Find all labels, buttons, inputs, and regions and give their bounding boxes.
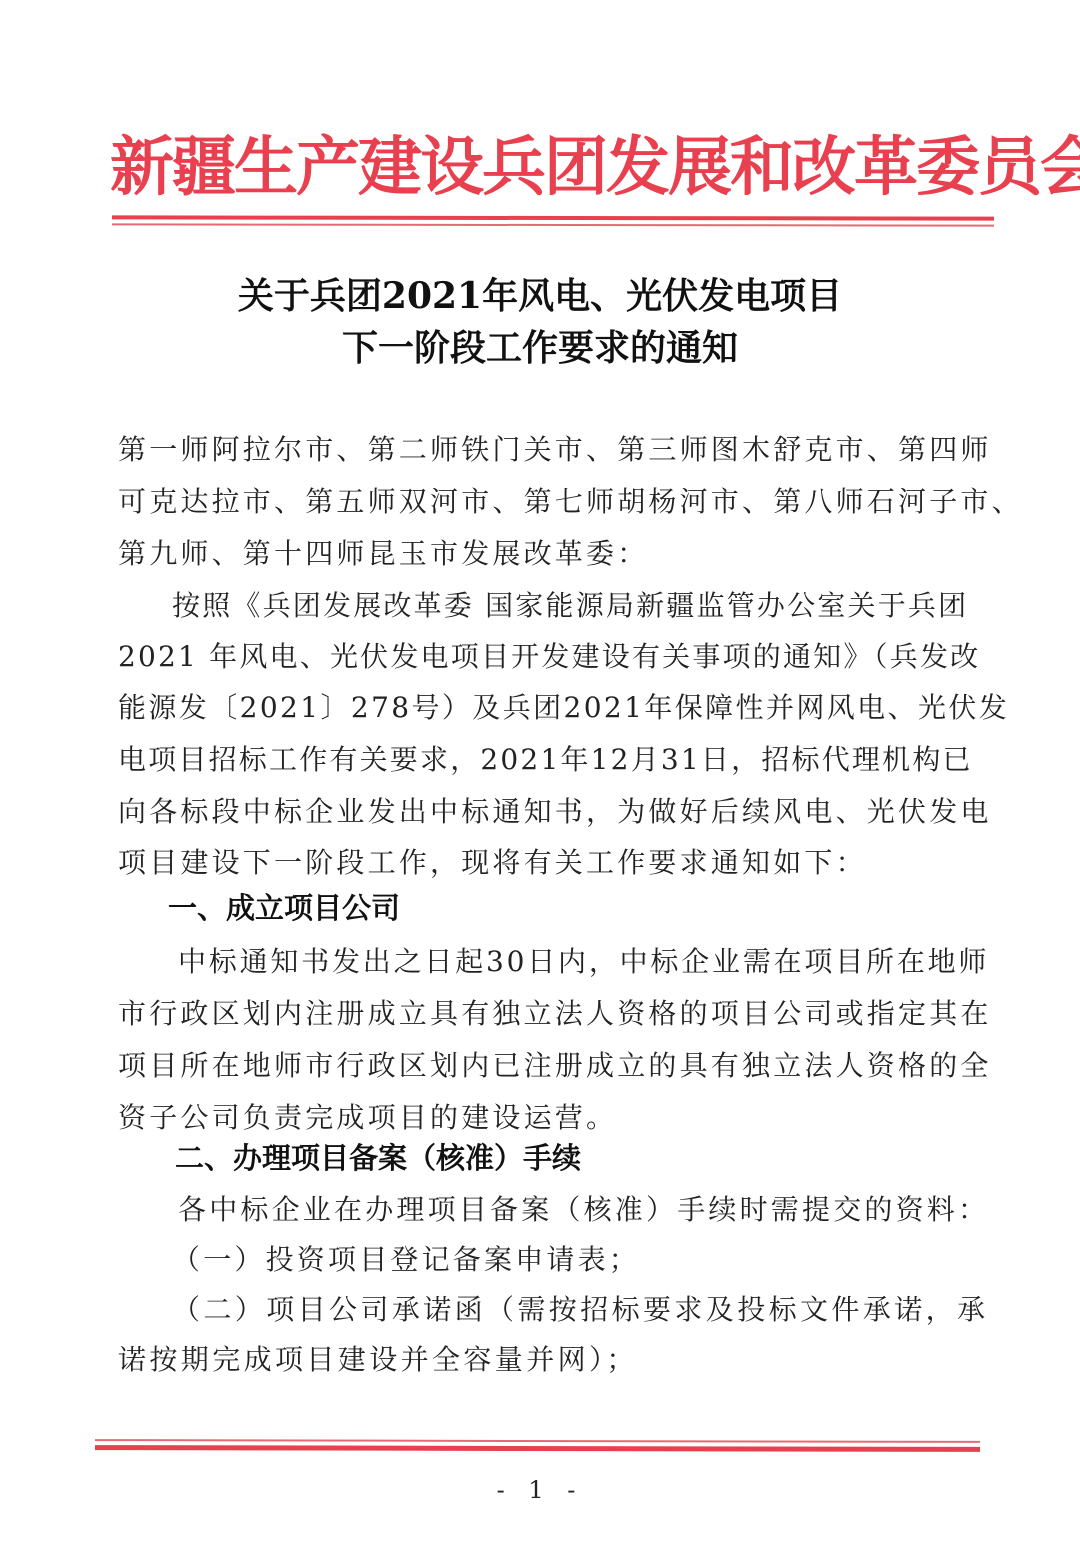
addressee-line-1: 第一师阿拉尔市、第二师铁门关市、第三师图木舒克市、第四师 xyxy=(118,430,992,470)
intro-line-6: 项目建设下一阶段工作，现将有关工作要求通知如下： xyxy=(118,843,867,883)
section-2-heading: 二、办理项目备案（核准）手续 xyxy=(175,1138,581,1178)
document-title-line-2: 下一阶段工作要求的通知 xyxy=(150,324,930,372)
addressee-line-2: 可克达拉市、第五师双河市、第七师胡杨河市、第八师石河子市、 xyxy=(118,482,1023,522)
divider-thick-line xyxy=(112,215,994,220)
intro-line-5: 向各标段中标企业发出中标通知书，为做好后续风电、光伏发电 xyxy=(118,792,992,832)
addressee-line-3: 第九师、第十四师昆玉市发展改革委： xyxy=(118,534,648,574)
page-number: - 1 - xyxy=(480,1476,600,1504)
letterhead-organization: 新疆生产建设兵团发展和改革委员会 xyxy=(110,128,980,208)
intro-line-3: 能源发〔2021〕278号）及兵团2021年保障性并网风电、光伏发 xyxy=(118,688,1009,728)
section-1-line-1: 中标通知书发出之日起30日内，中标企业需在项目所在地师 xyxy=(178,942,989,982)
section-2-line-4: 诺按期完成项目建设并全容量并网）； xyxy=(118,1340,638,1380)
footer-divider-thin-line xyxy=(95,1439,980,1443)
section-2-line-3: （二）项目公司承诺函（需按招标要求及投标文件承诺，承 xyxy=(172,1290,988,1330)
footer-divider xyxy=(95,1440,980,1454)
intro-line-2: 2021 年风电、光伏发电项目开发建设有关事项的通知》（兵发改 xyxy=(118,637,980,677)
intro-line-4: 电项目招标工作有关要求，2021年12月31日，招标代理机构已 xyxy=(118,740,973,780)
divider-thin-line xyxy=(112,223,994,226)
section-1-line-4: 资子公司负责完成项目的建设运营。 xyxy=(118,1098,617,1138)
section-2-line-1: 各中标企业在办理项目备案（核准）手续时需提交的资料： xyxy=(178,1190,989,1230)
footer-divider-thick-line xyxy=(95,1445,980,1452)
document-title-line-1: 关于兵团2021年风电、光伏发电项目 xyxy=(150,272,930,320)
intro-line-1: 按照《兵团发展改革委 国家能源局新疆监管办公室关于兵团 xyxy=(172,586,968,626)
letterhead-divider xyxy=(112,216,994,230)
section-1-line-3: 项目所在地师市行政区划内已注册成立的具有独立法人资格的全 xyxy=(118,1046,992,1086)
section-1-line-2: 市行政区划内注册成立具有独立法人资格的项目公司或指定其在 xyxy=(118,994,992,1034)
section-2-line-2: （一）投资项目登记备案申请表； xyxy=(172,1240,640,1280)
section-1-heading: 一、成立项目公司 xyxy=(168,888,400,928)
document-page: 新疆生产建设兵团发展和改革委员会 关于兵团2021年风电、光伏发电项目 下一阶段… xyxy=(0,0,1080,1555)
